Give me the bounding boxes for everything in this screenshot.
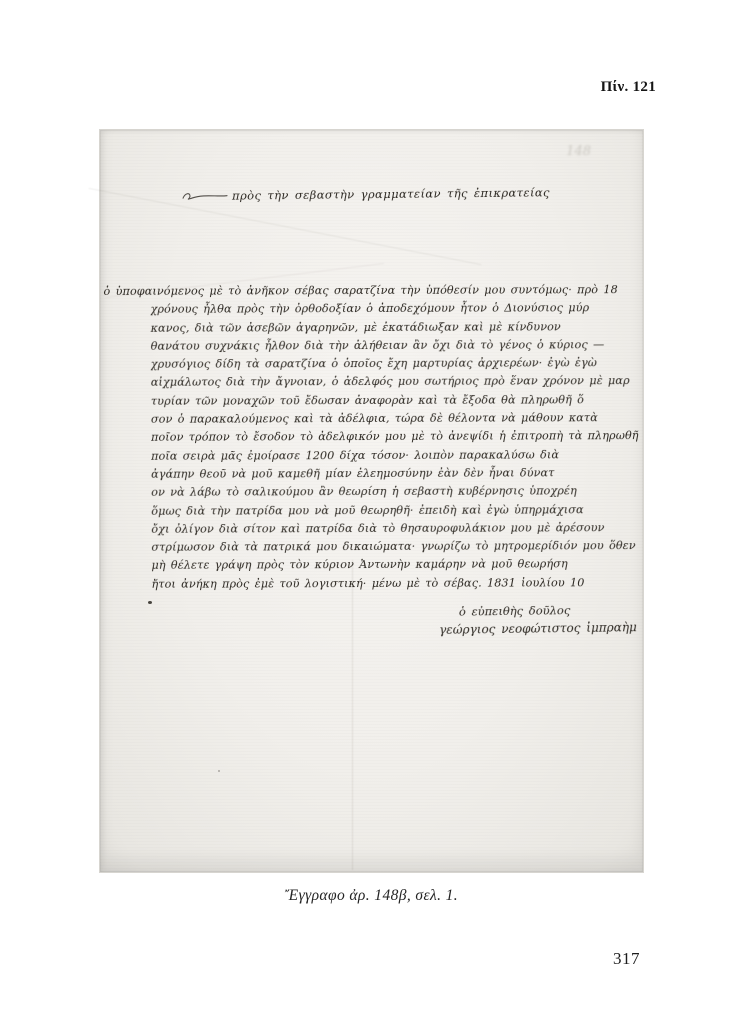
manuscript-heading: πρὸς τὴν σεβαστὴν γραμματείαν τῆς ἐπικρα…: [232, 185, 550, 202]
book-page: Πίν. 121 148 πρὸς τὴν σεβαστὴν γραμματεί…: [0, 0, 743, 1027]
manuscript-line: ποῖον τρόπον τὸ ἔσοδον τὸ ἀδελφικόν μου …: [151, 427, 641, 447]
manuscript-line: θανάτου συχνάκις ἦλθον διὰ τὴν ἀλήθειαν …: [151, 336, 641, 356]
signature-block: ὁ εὐπειθὴς δοῦλος γεώργιος νεοφώτιστος ἰ…: [379, 602, 629, 637]
manuscript-line: χρυσόγιος δίδη τὰ σαρατζίνα ὁ ὁποῖος ἔχη…: [151, 354, 641, 374]
manuscript-line: αἰχμάλωτος διὰ τὴν ἄγνοιαν, ὁ ἀδελφός μο…: [151, 373, 641, 393]
manuscript-heading-row: πρὸς τὴν σεβαστὴν γραμματείαν τῆς ἐπικρα…: [180, 185, 600, 203]
manuscript-line: μὴ θέλετε γράψη πρὸς τὸν κύριον Ἀντωνὴν …: [151, 556, 641, 576]
manuscript-photo: 148 πρὸς τὴν σεβαστὴν γραμματείαν τῆς ἐπ…: [99, 129, 644, 873]
manuscript-line: σον ὁ παρακαλούμενος καὶ τὰ ἀδέλφια, τώρ…: [151, 409, 641, 429]
manuscript-line: ποῖα σειρὰ μᾶς ἐμοίρασε 1200 δίχα τόσον·…: [151, 446, 641, 466]
ink-blot: [148, 601, 152, 604]
manuscript-body: ὁ ὑποφαινόμενος μὲ τὸ ἀνῆκον σέβας σαρατ…: [103, 281, 641, 594]
signature-closing: ὁ εὐπειθὴς δοῦλος: [459, 602, 629, 618]
manuscript-line: κανος, διὰ τῶν ἀσεβῶν ἀγαρηνῶν, μὲ ἐκατά…: [151, 318, 641, 338]
manuscript-line: ὅμως διὰ τὴν πατρίδα μου νὰ μοῦ θεωρηθῆ·…: [151, 501, 641, 521]
page-number: 317: [613, 949, 640, 969]
pen-flourish-icon: [180, 189, 228, 204]
pencil-mark: 148: [566, 144, 591, 159]
paper-fold-line: [352, 560, 353, 870]
paper-speck: [218, 770, 220, 772]
manuscript-line: ἤτοι ἀνήκη πρὸς ἐμὲ τοῦ λογιστική· μένω …: [151, 574, 641, 594]
manuscript-line: ὄχι ὀλίγον διὰ σίτον καὶ πατρίδα διὰ τὸ …: [151, 519, 641, 539]
manuscript-line: στρίμωσον διὰ τὰ πατρικά μου δικαιώματα·…: [151, 537, 641, 557]
manuscript-line: ον νὰ λάβω τὸ σαλικούμου ἂν θεωρίση ἡ σε…: [151, 482, 641, 502]
plate-label: Πίν. 121: [601, 79, 656, 96]
manuscript-line: τυρίαν τῶν μοναχῶν τοῦ ἔδωσαν ἀναφορὰν κ…: [151, 391, 641, 411]
manuscript-line: ἀγάπην θεοῦ νὰ μοῦ καμεθῆ μίαν ἐλεημοσύν…: [151, 464, 641, 484]
manuscript-line: χρόνους ἦλθα πρὸς τὴν ὀρθοδοξίαν ὁ ἀποδε…: [151, 299, 641, 319]
signature-name: γεώργιος νεοφώτιστος ἰμπραὴμ: [439, 620, 629, 637]
manuscript-line: ὁ ὑποφαινόμενος μὲ τὸ ἀνῆκον σέβας σαρατ…: [103, 281, 640, 301]
plate-caption: Ἔγγραφο ἀρ. 148β, σελ. 1.: [0, 887, 743, 905]
